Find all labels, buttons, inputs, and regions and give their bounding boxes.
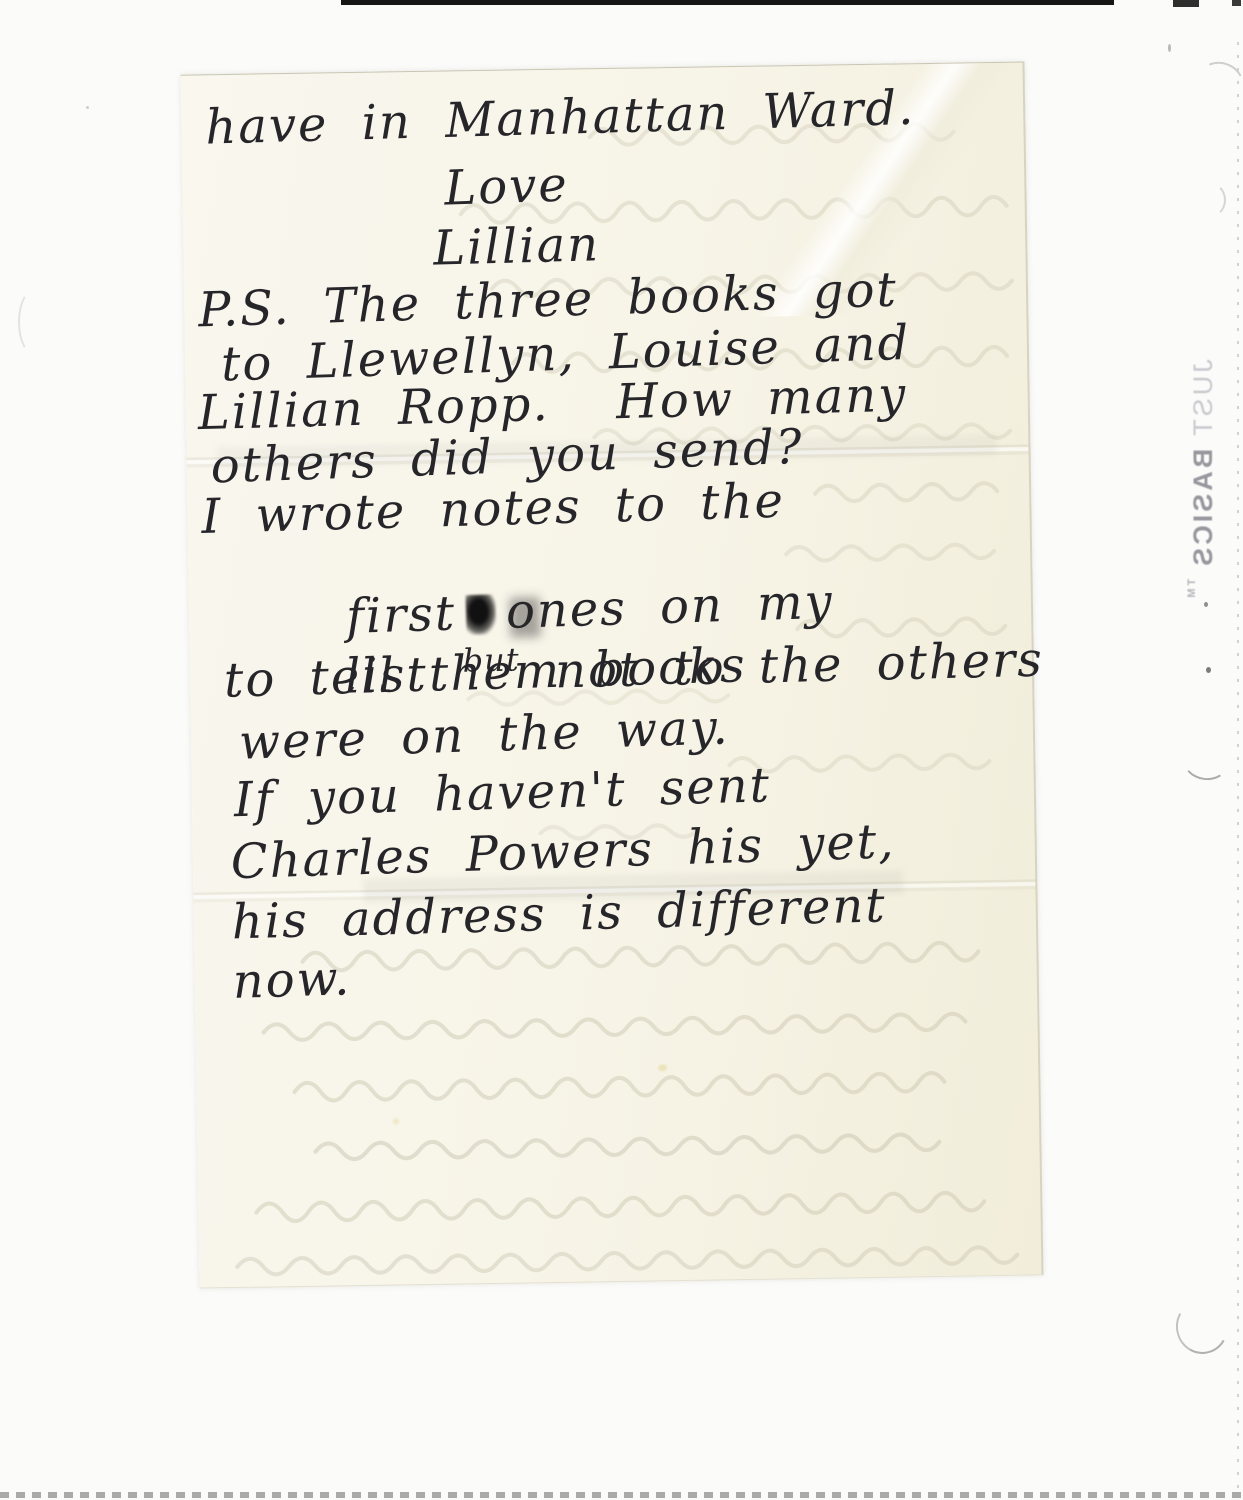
paper-stain	[658, 1064, 667, 1071]
paper-stain	[393, 1118, 399, 1124]
scanner-lid-edge-fragment	[1173, 0, 1199, 7]
letter-line-12: were on the way.	[238, 701, 730, 769]
dust-speck	[1168, 44, 1171, 52]
ghost-writing-line	[256, 1192, 984, 1221]
letter-line-15: his address is different	[231, 879, 887, 949]
scanned-letter-page: { "letter": { "line_01": "have in Manhat…	[0, 0, 1243, 1500]
brand-watermark-basics: BASICS	[1188, 449, 1219, 569]
page-curl-mark	[1190, 55, 1243, 113]
brand-watermark-just: JUST	[1188, 359, 1219, 439]
dust-speck	[1204, 602, 1208, 607]
trademark-symbol: TM	[1186, 579, 1198, 601]
letter-closing: Love	[443, 159, 569, 216]
letter-line-14: Charles Powers his yet,	[230, 815, 896, 889]
ghost-writing-line	[815, 483, 997, 502]
ghost-writing-line	[237, 1247, 1017, 1275]
letter-line-1: have in Manhattan Ward.	[205, 82, 916, 155]
dust-speck	[1206, 667, 1211, 673]
scanner-lid-edge	[341, 0, 1114, 5]
ghost-writing-line	[263, 1013, 965, 1040]
page-curl-mark	[1170, 1294, 1234, 1360]
scanner-perforation-line	[1237, 42, 1239, 1490]
scanner-edge-artifact	[0, 1492, 1243, 1498]
page-curl-mark	[1192, 182, 1226, 218]
dust-speck	[86, 106, 89, 109]
letter-line-13: If you haven't sent	[233, 759, 771, 827]
ghost-writing-line	[302, 942, 978, 971]
letter-paper-sheet: have in Manhattan Ward. Love Lillian P.S…	[181, 61, 1044, 1288]
letter-line-16: now.	[232, 952, 352, 1008]
ghost-writing-line	[294, 1073, 944, 1101]
page-curl-mark	[1181, 739, 1232, 783]
ghost-writing-line	[315, 1134, 939, 1160]
letter-signature: Lillian	[433, 218, 601, 275]
page-curl-mark	[18, 290, 48, 354]
brand-watermark: JUST BASICS TM	[1186, 360, 1220, 600]
scanner-lid-edge-corner	[1232, 0, 1241, 6]
